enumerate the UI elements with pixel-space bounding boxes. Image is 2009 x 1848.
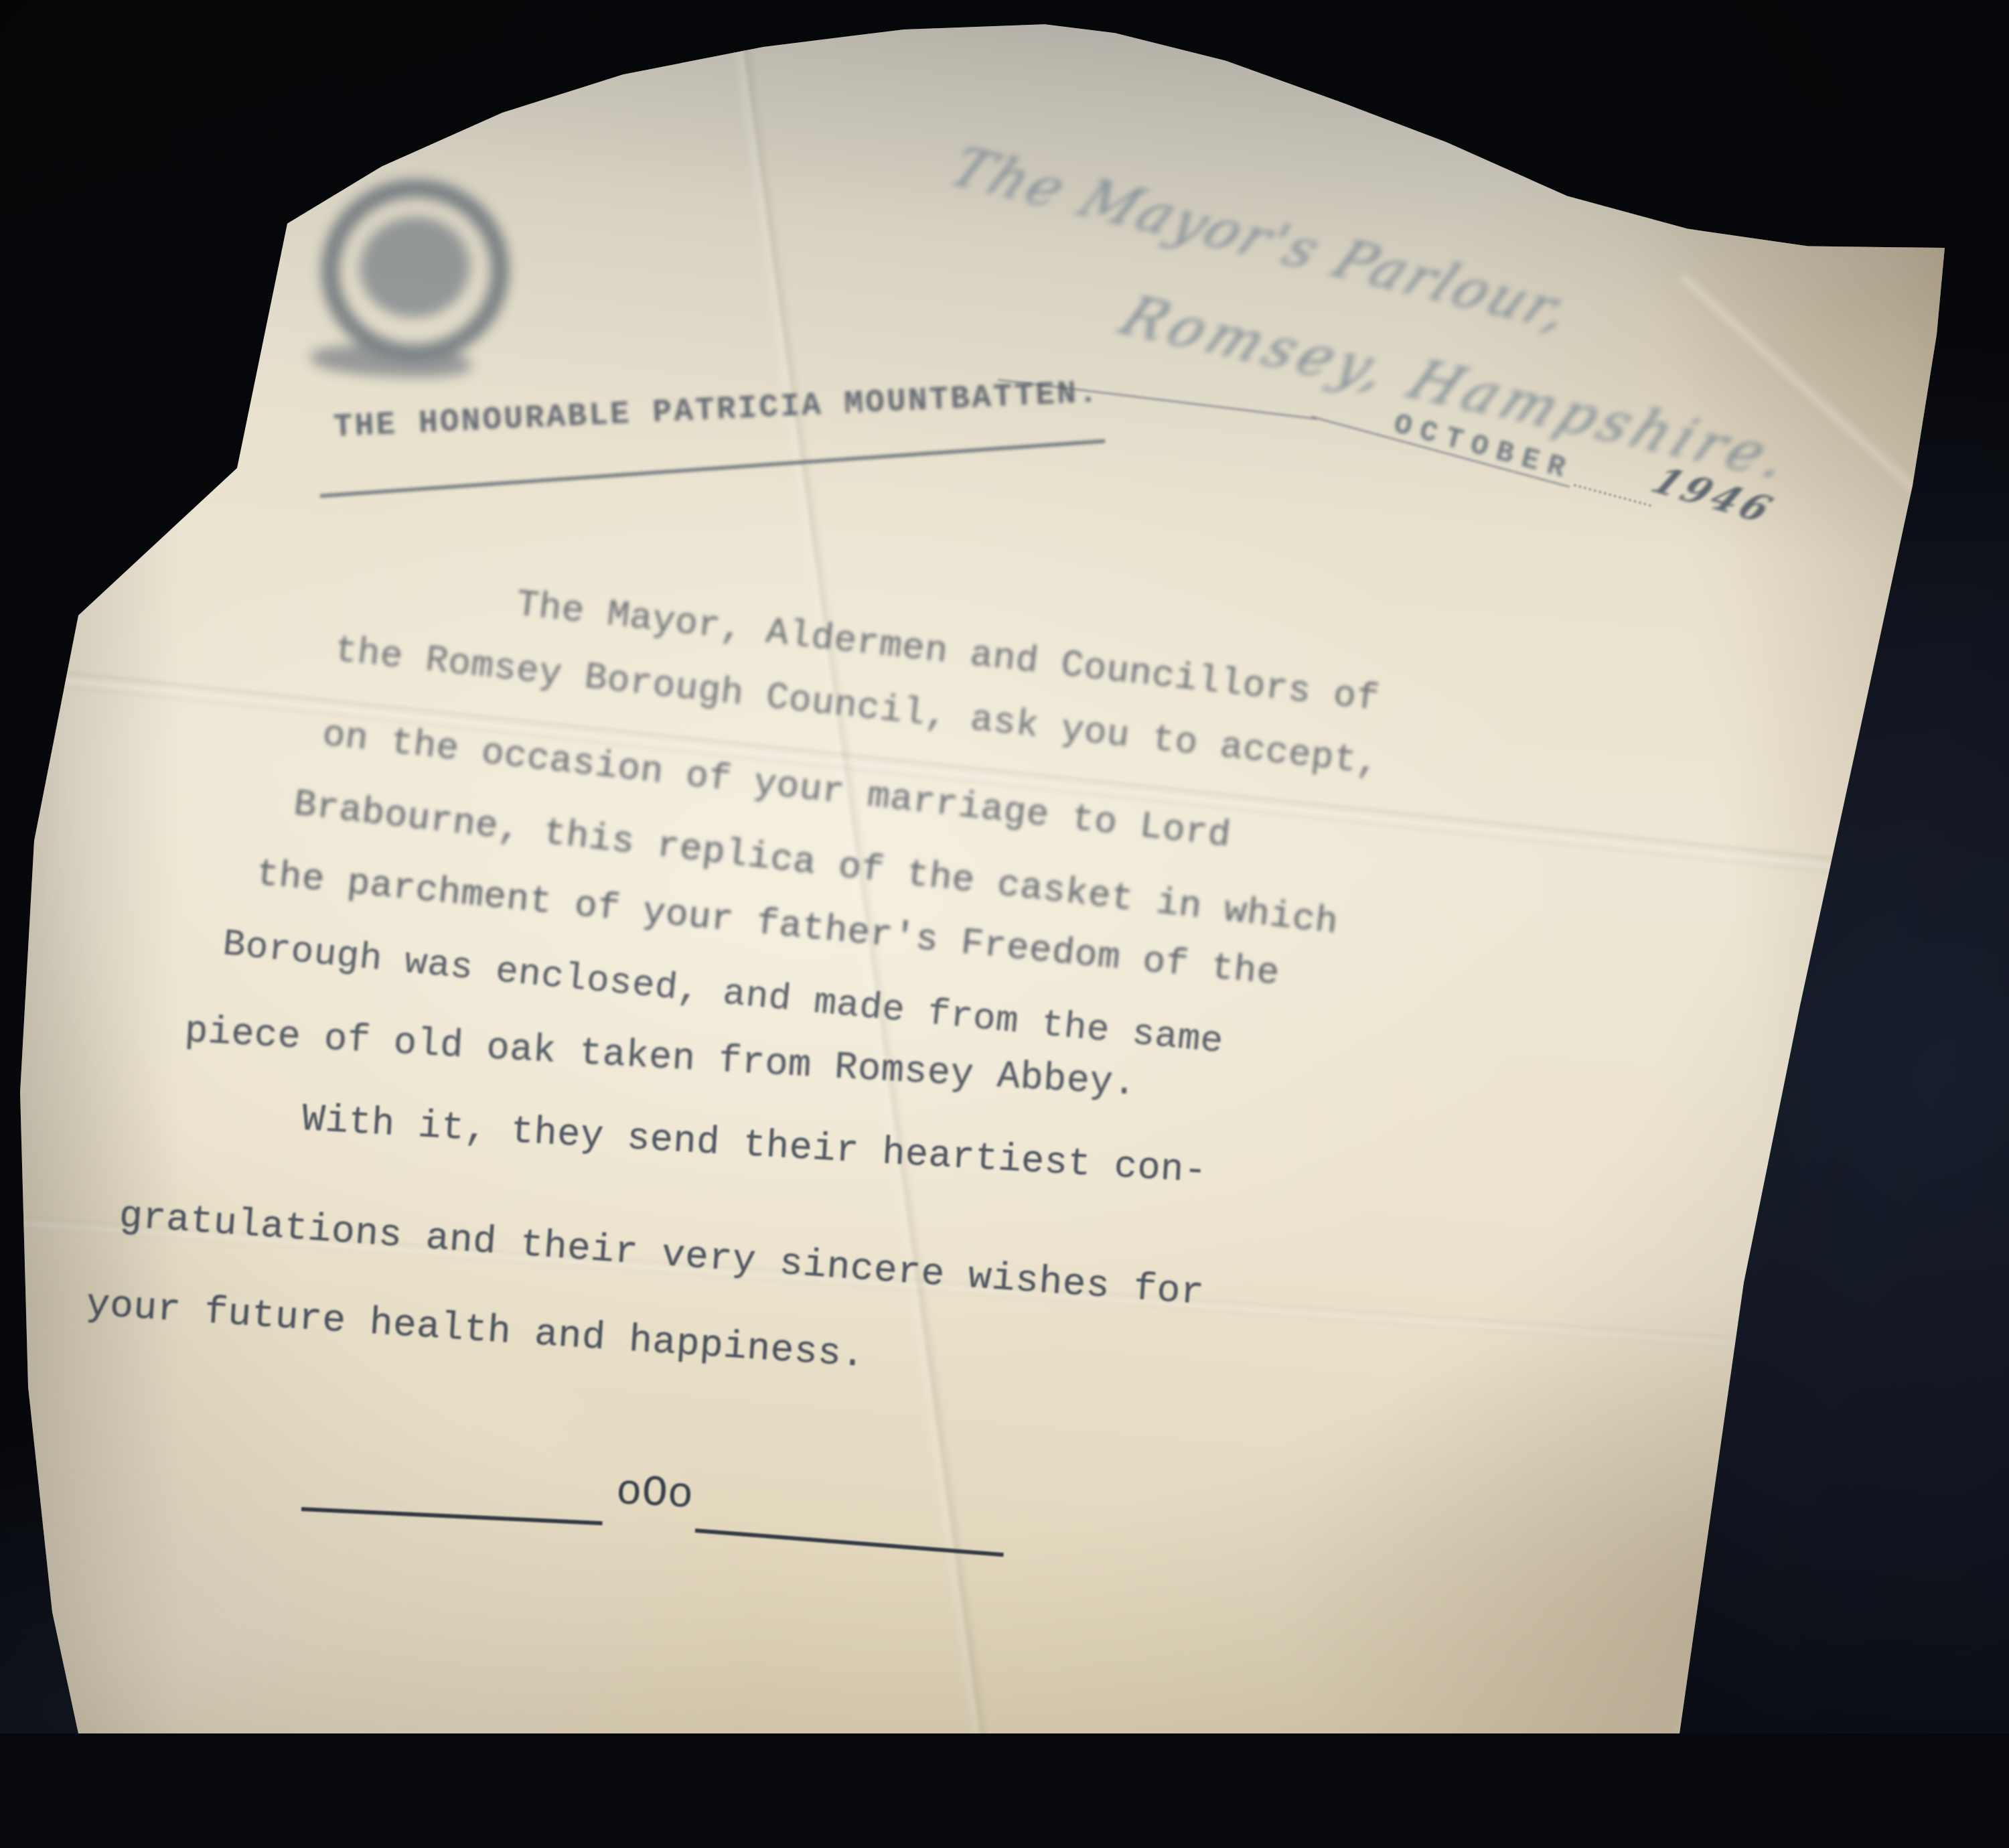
borough-crest-seal-icon: [313, 170, 518, 371]
addressee-line: THE HONOURABLE PATRICIA MOUNTBATTEN.: [333, 375, 1100, 446]
paper-curled-edge-highlight: [1675, 581, 2007, 1733]
letter-body-line: With it, they send their heartiest con-: [301, 1098, 1208, 1194]
closing-divider-line: [695, 1529, 1004, 1557]
letter-paper: The Mayor's Parlour, Romsey, Hampshire. …: [0, 0, 2009, 1733]
letter-body-line: your future health and happiness.: [85, 1283, 867, 1378]
closing-divider-line: [301, 1507, 603, 1525]
date-dotted-line: [1573, 484, 1651, 507]
closing-divider-ooo: oOo: [615, 1468, 694, 1520]
addressee-underline: [320, 439, 1105, 498]
photo-background: The Mayor's Parlour, Romsey, Hampshire. …: [0, 0, 2009, 1733]
